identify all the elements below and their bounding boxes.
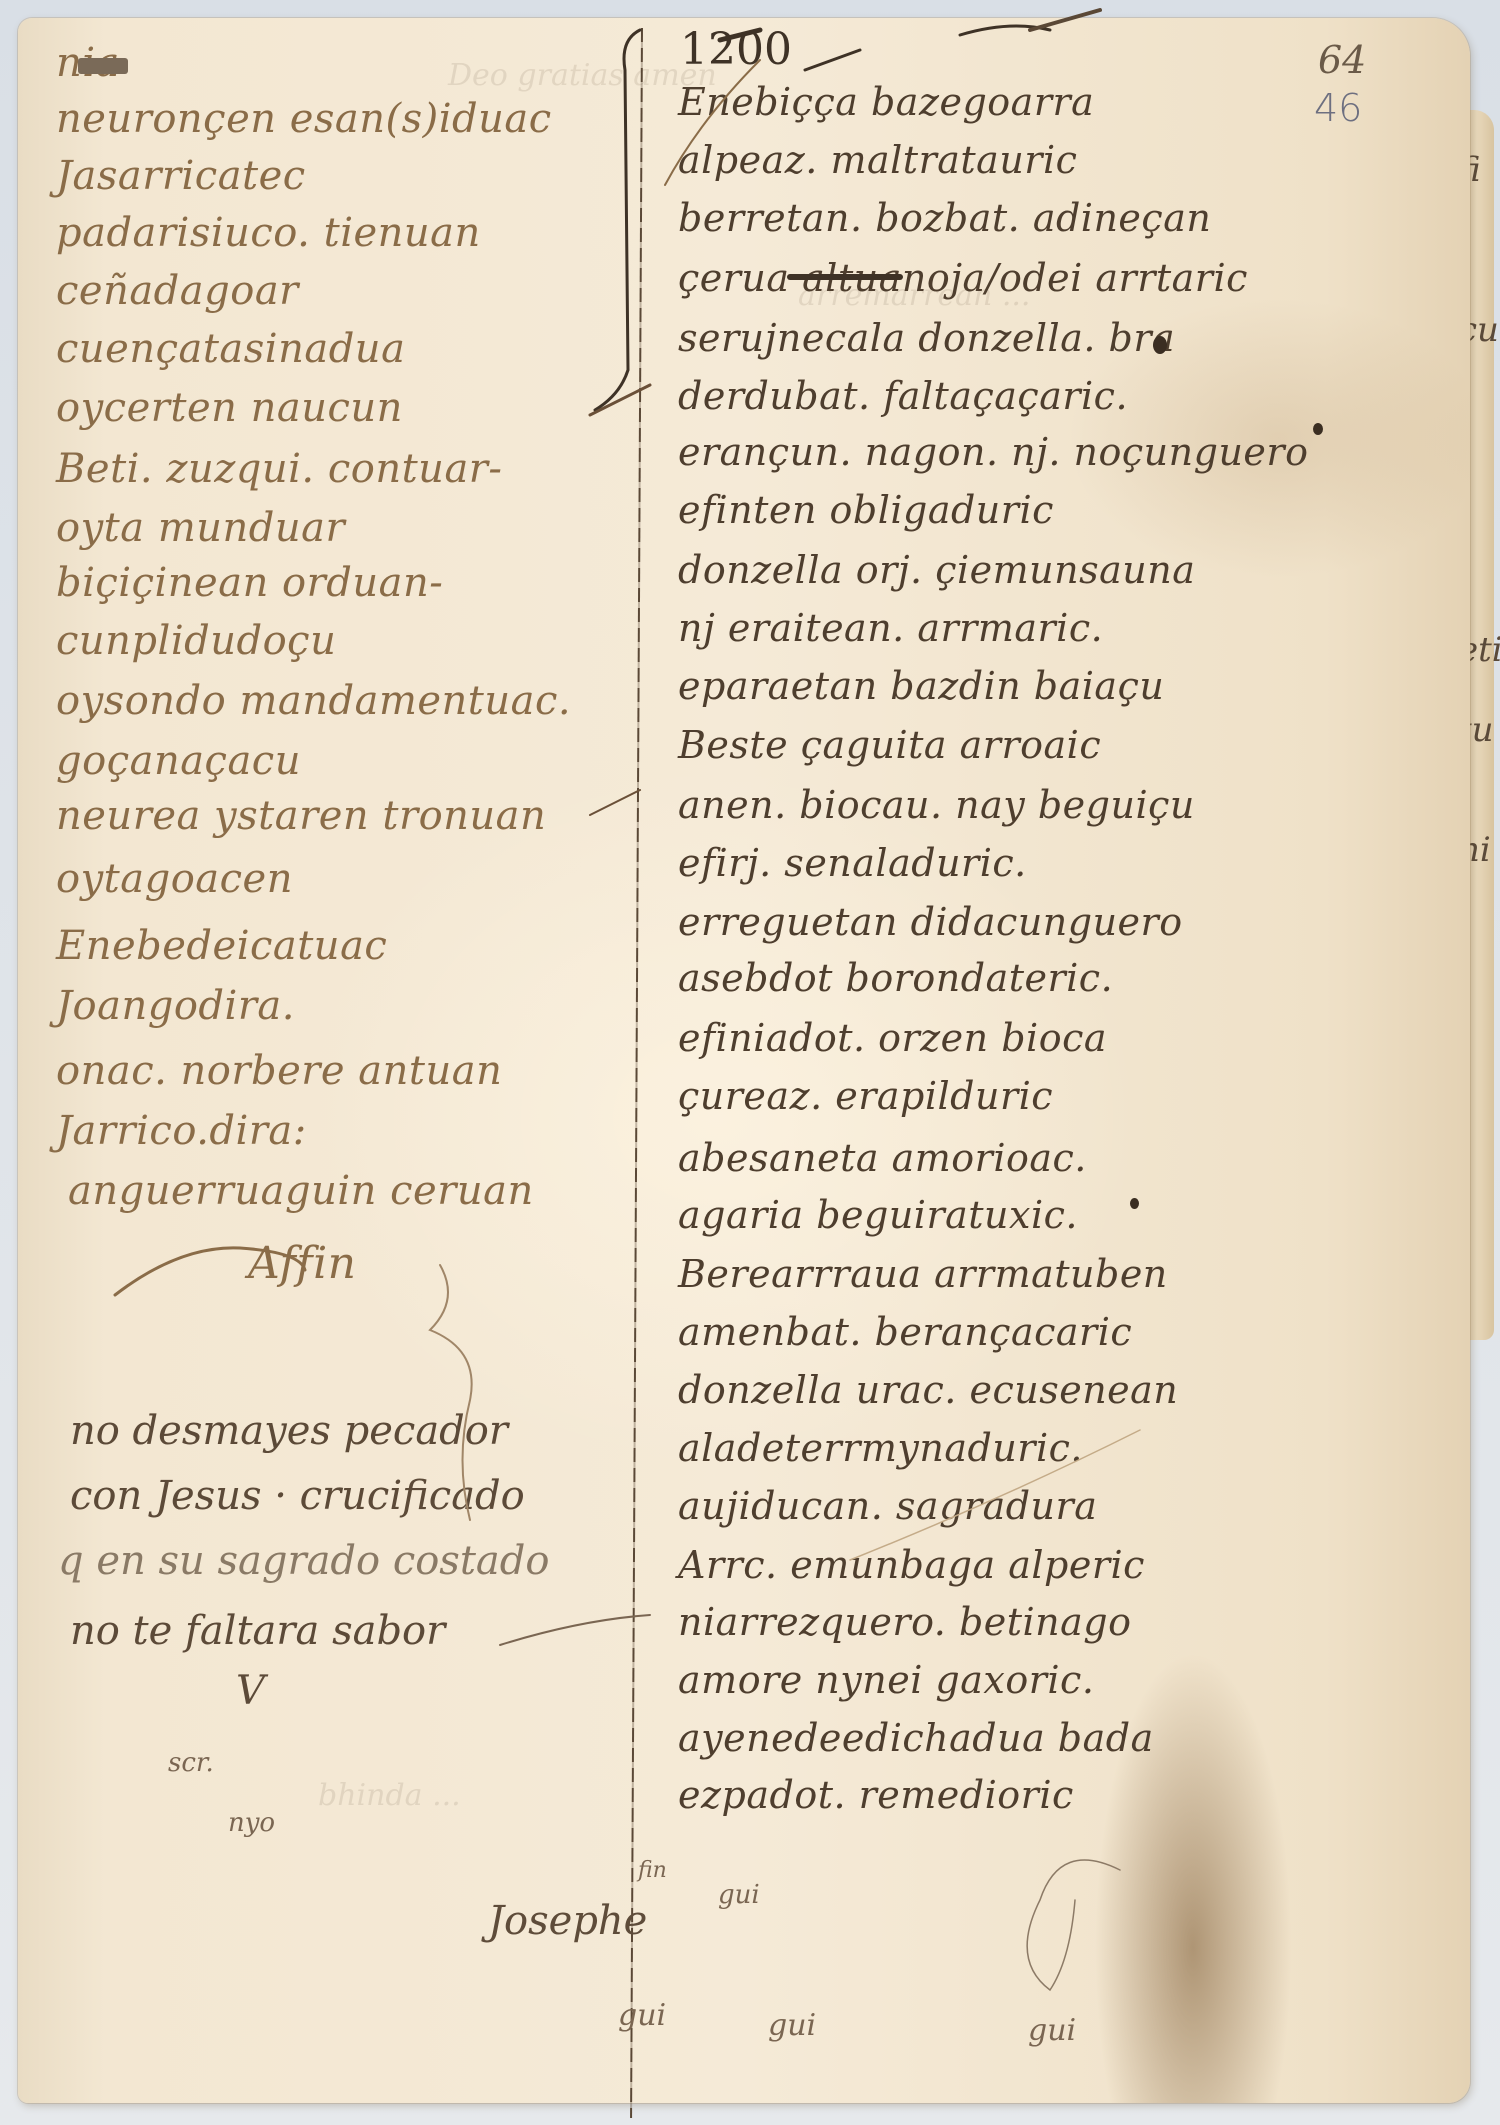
right-line: Enebiçça bazegoarra	[678, 80, 1094, 124]
right-line: donzella orj. çiemunsauna	[678, 548, 1195, 592]
left-line: Jasarricatec	[56, 153, 306, 199]
left-line: Joangodira.	[56, 983, 295, 1029]
right-line: berretan. bozbat. adineçan	[678, 196, 1211, 240]
right-line: agaria beguiratuxic.	[678, 1193, 1078, 1237]
right-line: Berearrraua arrmatuben	[678, 1252, 1168, 1296]
right-line: çureaz. erapilduric	[678, 1074, 1053, 1118]
left-line: cuençatasinadua	[56, 326, 405, 372]
scribble: gui	[618, 1998, 666, 2033]
scribble: gui	[768, 2008, 816, 2043]
right-line: Beste çaguita arroaic	[678, 723, 1101, 767]
verse-mark: V	[236, 1668, 265, 1714]
left-line: ceñadagoar	[56, 268, 299, 314]
left-line: neuronçen esan(s)iduac	[56, 96, 552, 142]
verse-line: no desmayes pecador	[70, 1408, 508, 1454]
bleed-through-text: Deo gratias amen	[448, 58, 717, 93]
right-line: ayenedeedichadua bada	[678, 1716, 1154, 1760]
verse-line: con Jesus · crucificado	[70, 1473, 525, 1519]
left-line: Enebedeicatuac	[56, 923, 387, 969]
left-line: padarisiuco. tienuan	[56, 210, 481, 256]
right-line: niarrezquero. betinago	[678, 1600, 1132, 1644]
right-line: alpeaz. maltratauric	[678, 138, 1077, 182]
closing-word: Affin	[248, 1238, 356, 1289]
ink-blot	[1313, 423, 1323, 435]
header-number: 1200	[680, 24, 792, 75]
right-line: serujnecala donzella. bra	[678, 316, 1175, 360]
left-line: Beti. zuzqui. contuar-	[56, 446, 502, 492]
right-line: abesaneta amorioac.	[678, 1136, 1087, 1180]
right-line: aujiducan. sagradura	[678, 1484, 1097, 1528]
left-line: onac. norbere antuan	[56, 1048, 502, 1094]
left-line: oyta munduar	[56, 505, 345, 551]
left-line: oytagoacen	[56, 856, 293, 902]
erased-ink-patch	[78, 58, 128, 74]
right-line: eparaetan bazdin baiaçu	[678, 664, 1164, 708]
left-line: Jarrico.dira:	[56, 1108, 307, 1154]
folio-number-pencil: 46	[1314, 86, 1362, 130]
right-line: çerua altuanoja/odei arrtaric	[678, 256, 1248, 300]
verse-line: no te faltara sabor	[70, 1608, 445, 1654]
signature-flourish: Josephe	[488, 1898, 647, 1944]
left-line: cunplidudoçu	[56, 618, 336, 664]
manuscript-leaf: Deo gratias amen arremarrean ... bhinda …	[18, 18, 1470, 2103]
right-line: derdubat. faltaçaçaric.	[678, 374, 1128, 418]
right-line: efiniadot. orzen bioca	[678, 1016, 1107, 1060]
right-line: amenbat. berançacaric	[678, 1310, 1132, 1354]
right-line: efinten obligaduric	[678, 488, 1054, 532]
left-line: anguerruaguin ceruan	[68, 1168, 534, 1214]
column-divider-line	[630, 28, 643, 2118]
right-line: asebdot borondateric.	[678, 956, 1113, 1000]
right-line: efirj. senaladuric.	[678, 841, 1027, 885]
scribble: fin	[638, 1858, 667, 1883]
ink-blot	[1130, 1198, 1139, 1209]
right-line: anen. biocau. nay beguiçu	[678, 783, 1195, 827]
left-line: goçanaçacu	[56, 738, 301, 784]
scribble: nyo	[228, 1808, 275, 1838]
right-line: erançun. nagon. nj. noçunguero	[678, 430, 1308, 474]
bleed-through-text: bhinda ...	[318, 1778, 461, 1813]
right-line: Arrc. emunbaga alperic	[678, 1543, 1145, 1587]
verse-line: q en su sagrado costado	[58, 1538, 549, 1584]
ink-blot	[1153, 336, 1167, 354]
scribble: gui	[1028, 2013, 1076, 2048]
right-line: ezpadot. remedioric	[678, 1773, 1074, 1817]
folio-number-ink: 64	[1318, 38, 1366, 82]
right-line: donzella urac. ecusenean	[678, 1368, 1178, 1412]
right-line: amore nynei gaxoric.	[678, 1658, 1094, 1702]
right-line: nj eraitean. arrmaric.	[678, 606, 1103, 650]
left-line: neurea ystaren tronuan	[56, 793, 546, 839]
left-line: oycerten naucun	[56, 385, 403, 431]
scribble: scr.	[168, 1748, 214, 1778]
scribble: gui	[718, 1880, 760, 1910]
right-line: aladeterrmynaduric.	[678, 1426, 1083, 1470]
left-line: biçiçinean orduan-	[56, 560, 443, 606]
right-line: erreguetan didacunguero	[678, 900, 1183, 944]
left-line: oysondo mandamentuac.	[56, 678, 571, 724]
